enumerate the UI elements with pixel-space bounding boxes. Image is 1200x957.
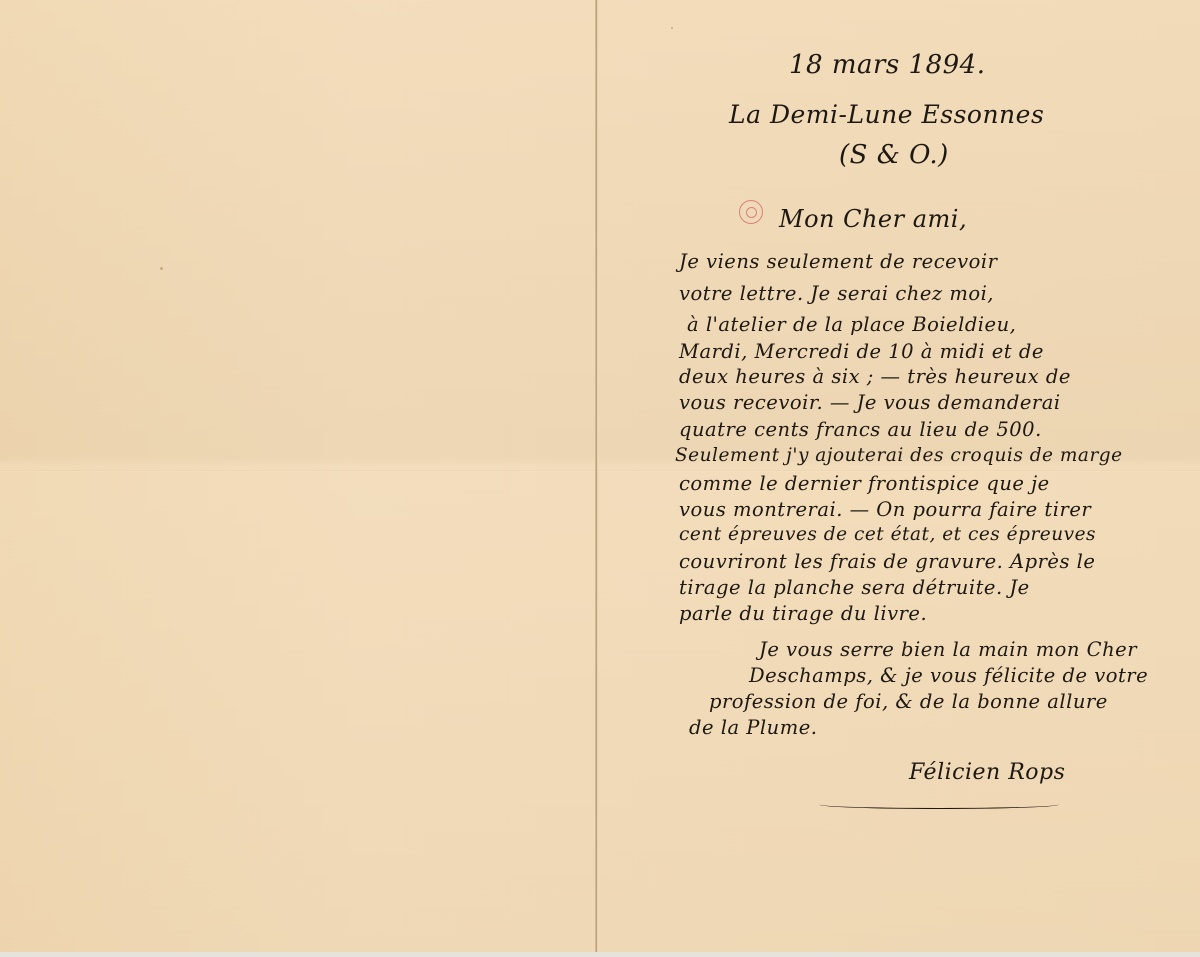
body-line: comme le dernier frontispice que je — [679, 472, 1050, 495]
signature-flourish — [819, 800, 1059, 809]
body-line: Je viens seulement de recevoir — [679, 250, 997, 273]
library-stamp-icon — [739, 200, 763, 224]
body-line: vous recevoir. — Je vous demanderai — [679, 391, 1061, 414]
letter-department: (S & O.) — [839, 140, 949, 170]
body-line: votre lettre. Je serai chez moi, — [679, 282, 994, 305]
letter-place: La Demi-Lune Essonnes — [729, 100, 1044, 129]
scan-bottom-edge — [0, 952, 1200, 957]
closing-line: Deschamps, & je vous félicite de votre — [749, 664, 1148, 687]
body-line: tirage la planche sera détruite. Je — [679, 576, 1030, 599]
salutation: Mon Cher ami, — [779, 205, 967, 233]
body-line: deux heures à six ; — très heureux de — [679, 365, 1071, 388]
body-line: Mardi, Mercredi de 10 à midi et de — [679, 340, 1044, 363]
right-page-letter: 18 mars 1894. La Demi-Lune Essonnes (S &… — [599, 0, 1200, 952]
body-line: parle du tirage du livre. — [679, 602, 927, 625]
body-line: Seulement j'y ajouterai des croquis de m… — [675, 445, 1123, 466]
closing-line: Je vous serre bien la main mon Cher — [759, 638, 1137, 661]
paper-speck — [160, 267, 163, 270]
left-page-blank — [0, 0, 595, 952]
body-line: quatre cents francs au lieu de 500. — [679, 418, 1042, 441]
body-line: couvriront les frais de gravure. Après l… — [679, 550, 1095, 573]
closing-line: profession de foi, & de la bonne allure — [709, 690, 1108, 713]
body-line: vous montrerai. — On pourra faire tirer — [679, 498, 1091, 521]
letter-sheet: 18 mars 1894. La Demi-Lune Essonnes (S &… — [0, 0, 1200, 952]
paper-speck — [671, 27, 673, 29]
letter-date: 18 mars 1894. — [789, 50, 985, 80]
body-line: cent épreuves de cet état, et ces épreuv… — [679, 524, 1096, 545]
body-line: à l'atelier de la place Boieldieu, — [687, 313, 1016, 336]
closing-line: de la Plume. — [689, 716, 817, 739]
signature: Félicien Rops — [909, 760, 1065, 785]
stamp-inner-ring — [746, 207, 757, 218]
